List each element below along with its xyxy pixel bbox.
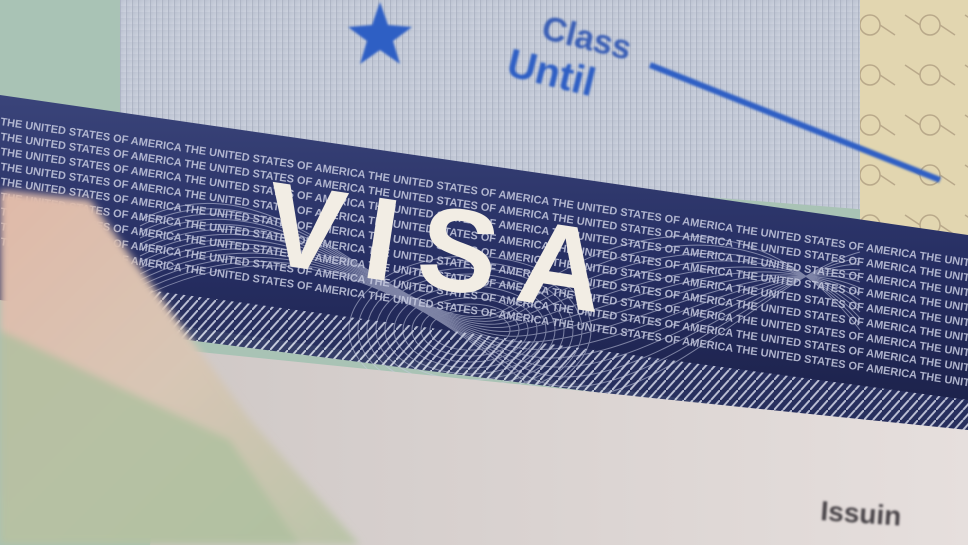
visa-photo-illustration: Class Until THE UNITED STATES OF AMERICA…	[0, 0, 968, 545]
visa-photo: Class Until THE UNITED STATES OF AMERICA…	[0, 0, 968, 545]
patterned-paper	[860, 0, 968, 250]
issuing-text: Issuin	[820, 495, 903, 532]
